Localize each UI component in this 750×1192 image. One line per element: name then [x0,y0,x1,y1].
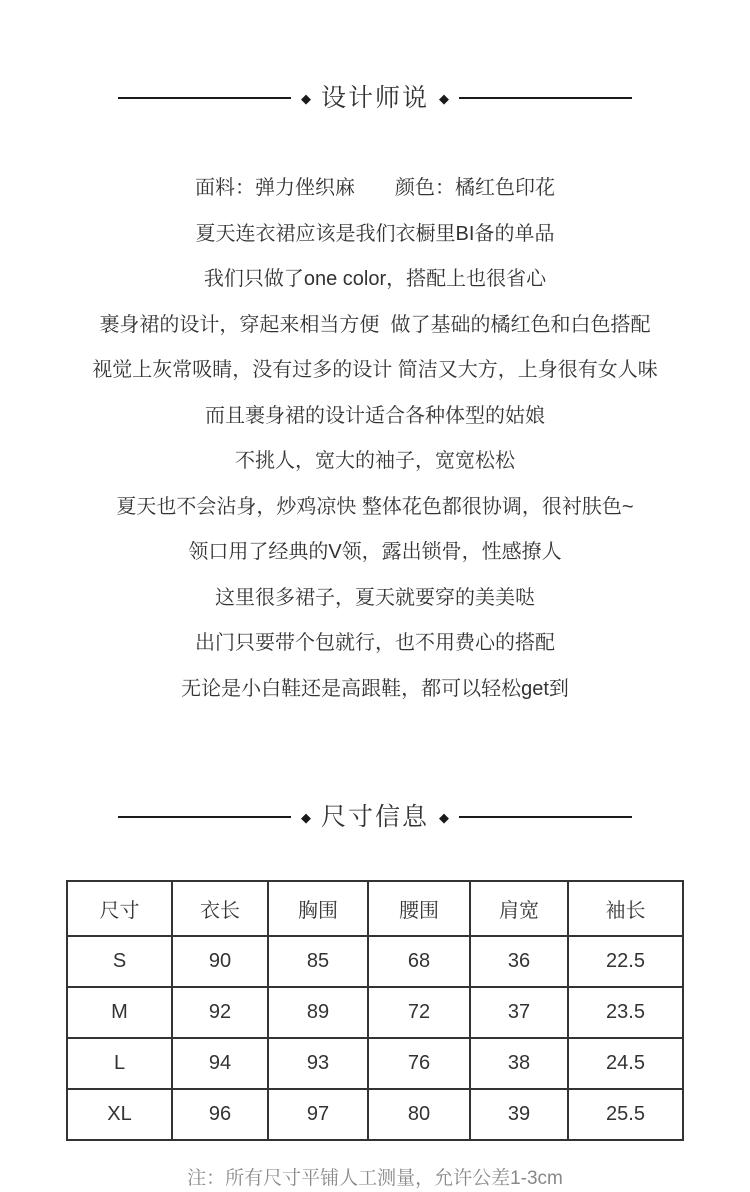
diamond-icon: ◆ [301,92,311,105]
divider-line-right [459,816,632,818]
size-table-cell: 94 [172,1038,268,1089]
size-table-header-cell: 胸围 [268,881,368,936]
size-table-cell: 25.5 [568,1089,683,1140]
description-line: 领口用了经典的V领，露出锁骨，性感撩人 [0,530,750,576]
size-table-cell: 97 [268,1089,368,1140]
size-table-cell: 92 [172,987,268,1038]
size-table-cell: 90 [172,936,268,987]
size-table-cell: M [67,987,172,1038]
description-line: 面料：弹力侳织麻 颜色：橘红色印花 [0,166,750,212]
size-table-header-cell: 衣长 [172,881,268,936]
size-table-cell: 39 [470,1089,568,1140]
description-line: 无论是小白鞋还是高跟鞋，都可以轻松get到 [0,667,750,713]
size-table-cell: 96 [172,1089,268,1140]
description-line: 我们只做了one color，搭配上也很省心 [0,257,750,303]
size-table-cell: XL [67,1089,172,1140]
diamond-icon: ◆ [439,92,449,105]
size-table-cell: 89 [268,987,368,1038]
size-table-cell: L [67,1038,172,1089]
size-section-header: ◆ 尺寸信息 ◆ [118,804,632,830]
diamond-icon: ◆ [439,811,449,824]
size-table-cell: S [67,936,172,987]
size-table-cell: 93 [268,1038,368,1089]
description-line: 夏天也不会沾身，炒鸡凉快 整体花色都很协调，很衬肤色~ [0,485,750,531]
size-table-cell: 85 [268,936,368,987]
divider-line-right [459,97,632,99]
description-line: 出门只要带个包就行，也不用费心的搭配 [0,621,750,667]
description-line: 裹身裙的设计，穿起来相当方便 做了基础的橘红色和白色搭配 [0,303,750,349]
size-table-head: 尺寸衣长胸围腰围肩宽袖长 [67,881,683,936]
size-table-body: S9085683622.5M9289723723.5L9493763824.5X… [67,936,683,1140]
size-table-cell: 68 [368,936,470,987]
description-line: 不挑人，宽大的袖子，宽宽松松 [0,439,750,485]
description-line: 夏天连衣裙应该是我们衣橱里BI备的单品 [0,212,750,258]
description-line: 视觉上灰常吸睛，没有过多的设计 简洁又大方，上身很有女人味 [0,348,750,394]
size-table-cell: 22.5 [568,936,683,987]
size-table-cell: 37 [470,987,568,1038]
designer-section-title: 设计师说 [321,85,429,111]
divider-line-left [118,816,291,818]
size-table-header-cell: 肩宽 [470,881,568,936]
size-table-row: L9493763824.5 [67,1038,683,1089]
size-table-row: XL9697803925.5 [67,1089,683,1140]
divider-line-left [118,97,291,99]
size-table-cell: 23.5 [568,987,683,1038]
size-table-cell: 76 [368,1038,470,1089]
description-line: 而且裹身裙的设计适合各种体型的姑娘 [0,394,750,440]
size-table-header-row: 尺寸衣长胸围腰围肩宽袖长 [67,881,683,936]
size-table-cell: 72 [368,987,470,1038]
size-note: 注：所有尺寸平铺人工测量，允许公差1-3cm [0,1163,750,1190]
size-table-row: S9085683622.5 [67,936,683,987]
description-line: 这里很多裙子，夏天就要穿的美美哒 [0,576,750,622]
size-table-cell: 36 [470,936,568,987]
size-table-header-cell: 腰围 [368,881,470,936]
diamond-icon: ◆ [301,811,311,824]
size-table-header-cell: 尺寸 [67,881,172,936]
size-table-cell: 24.5 [568,1038,683,1089]
size-section-title: 尺寸信息 [321,804,429,830]
size-table-header-cell: 袖长 [568,881,683,936]
size-table-cell: 80 [368,1089,470,1140]
size-table-row: M9289723723.5 [67,987,683,1038]
designer-section-header: ◆ 设计师说 ◆ [118,0,632,111]
product-detail-page: ◆ 设计师说 ◆ 面料：弹力侳织麻 颜色：橘红色印花夏天连衣裙应该是我们衣橱里B… [0,0,750,1192]
designer-description: 面料：弹力侳织麻 颜色：橘红色印花夏天连衣裙应该是我们衣橱里BI备的单品我们只做… [0,166,750,712]
size-table-cell: 38 [470,1038,568,1089]
size-table: 尺寸衣长胸围腰围肩宽袖长 S9085683622.5M9289723723.5L… [66,880,684,1141]
